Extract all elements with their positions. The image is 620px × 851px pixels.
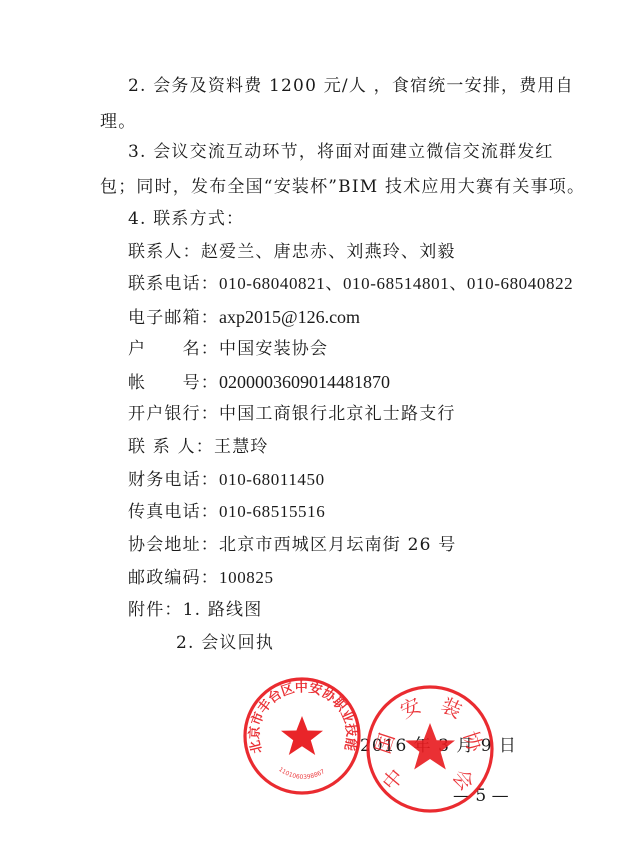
account-number-row: 帐 号：0200003609014481870 [128, 371, 390, 394]
bank-contact-value: 王慧玲 [214, 436, 269, 458]
star-icon [281, 716, 323, 755]
page-number: — 5 — [453, 786, 509, 806]
item3-line1: 3. 会议交流互动环节，将面对面建立微信交流群发红 [128, 141, 554, 163]
attachments-label: 附件： [128, 599, 183, 621]
bank-contact-label: 联 系 人： [128, 436, 214, 458]
svg-text:中: 中 [377, 764, 408, 795]
left-stamp-code: 1101060398867 [277, 766, 326, 781]
document-page: 2. 会务及资料费 1200 元/人 ，食宿统一安排，费用自 理。 3. 会议交… [0, 0, 620, 851]
finance-phone-label: 财务电话： [128, 469, 219, 491]
bank-value: 中国工商银行北京礼士路支行 [219, 403, 456, 425]
address-label: 协会地址： [128, 534, 219, 556]
left-stamp-text: 北京市丰台区中安协职业技能培训学校 [240, 674, 359, 755]
attachment-item-1: 1. 路线图 [183, 599, 263, 621]
attachments-row: 附件：1. 路线图 [128, 599, 262, 621]
contact-persons-value: 赵爱兰、唐忠赤、刘燕玲、刘毅 [201, 241, 456, 263]
bank-contact-row: 联 系 人：王慧玲 [128, 436, 269, 458]
fax-value: 010-68515516 [219, 501, 325, 523]
attachment-item-2: 2. 会议回执 [176, 632, 274, 654]
account-number-label: 帐 号： [128, 372, 219, 394]
item2-line2: 理。 [100, 111, 136, 133]
contact-email-label: 电子邮箱： [128, 307, 219, 329]
contact-persons-label: 联系人： [128, 241, 201, 263]
contact-phone-value: 010-68040821、010-68514801、010-68040822 [219, 273, 573, 295]
svg-text:装: 装 [437, 693, 465, 723]
contact-email-value[interactable]: axp2015@126.com [219, 306, 360, 328]
address-row: 协会地址：北京市西城区月坛南街 26 号 [128, 534, 456, 556]
school-seal-stamp: 北京市丰台区中安协职业技能培训学校 1101060398867 [240, 674, 364, 798]
item2-line1: 2. 会务及资料费 1200 元/人 ，食宿统一安排，费用自 [128, 75, 574, 97]
bank-label: 开户银行： [128, 403, 219, 425]
fax-row: 传真电话：010-68515516 [128, 501, 325, 523]
account-name-row: 户 名：中国安装协会 [128, 338, 328, 360]
account-number-value: 0200003609014481870 [219, 371, 390, 393]
document-date: 2016 年 3 月 9 日 [360, 731, 517, 756]
address-value: 北京市西城区月坛南街 26 号 [219, 534, 456, 556]
account-name-value: 中国安装协会 [219, 338, 328, 360]
postcode-value: 100825 [219, 567, 274, 589]
item3-line2: 包；同时，发布全国“安装杯”BIM 技术应用大赛有关事项。 [100, 176, 585, 198]
bank-row: 开户银行：中国工商银行北京礼士路支行 [128, 403, 456, 425]
stamps-layer: 北京市丰台区中安协职业技能培训学校 1101060398867 中 国 安 装 … [0, 0, 620, 851]
fax-label: 传真电话： [128, 501, 219, 523]
svg-text:安: 安 [396, 693, 424, 723]
postcode-row: 邮政编码：100825 [128, 567, 274, 589]
postcode-label: 邮政编码： [128, 567, 219, 589]
contact-email-row: 电子邮箱：axp2015@126.com [128, 306, 360, 329]
finance-phone-row: 财务电话：010-68011450 [128, 469, 325, 491]
finance-phone-value: 010-68011450 [219, 469, 325, 491]
account-name-label: 户 名： [128, 338, 219, 360]
contact-phone-label: 联系电话： [128, 273, 219, 295]
item4-heading: 4. 联系方式： [128, 208, 244, 230]
contact-phone-row: 联系电话：010-68040821、010-68514801、010-68040… [128, 273, 573, 295]
contact-persons-row: 联系人：赵爱兰、唐忠赤、刘燕玲、刘毅 [128, 241, 456, 263]
